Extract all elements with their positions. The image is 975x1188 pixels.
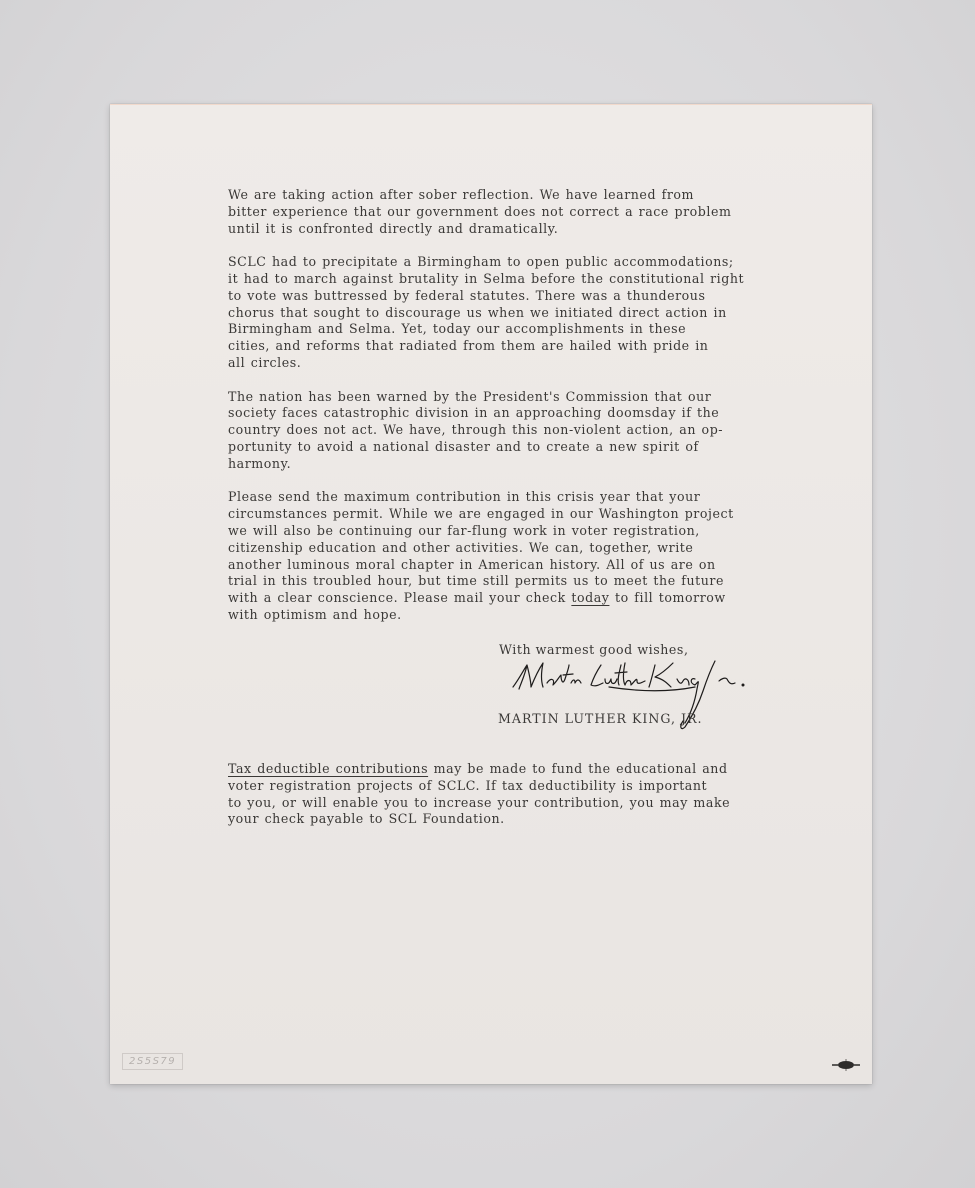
ornament-mark-icon <box>832 1059 860 1071</box>
tax-deductible-heading: Tax deductible contributions <box>228 761 428 776</box>
underlined-today: today <box>571 590 609 605</box>
archive-number-stamp: 2S5S79 <box>122 1053 183 1070</box>
letter-body: We are taking action after sober reflect… <box>228 187 788 641</box>
paragraph-3: The nation has been warned by the Presid… <box>228 389 788 473</box>
closing-salutation: With warmest good wishes, <box>499 642 689 657</box>
tax-deductible-note: Tax deductible contributions may be made… <box>228 761 788 828</box>
paragraph-4-text: Please send the maximum contribution in … <box>228 489 734 605</box>
paragraph-4: Please send the maximum contribution in … <box>228 489 788 623</box>
typed-signatory-name: MARTIN LUTHER KING, JR. <box>498 711 703 726</box>
paragraph-2: SCLC had to precipitate a Birmingham to … <box>228 254 788 372</box>
letter-page: We are taking action after sober reflect… <box>110 104 872 1084</box>
paragraph-1: We are taking action after sober reflect… <box>228 187 788 237</box>
